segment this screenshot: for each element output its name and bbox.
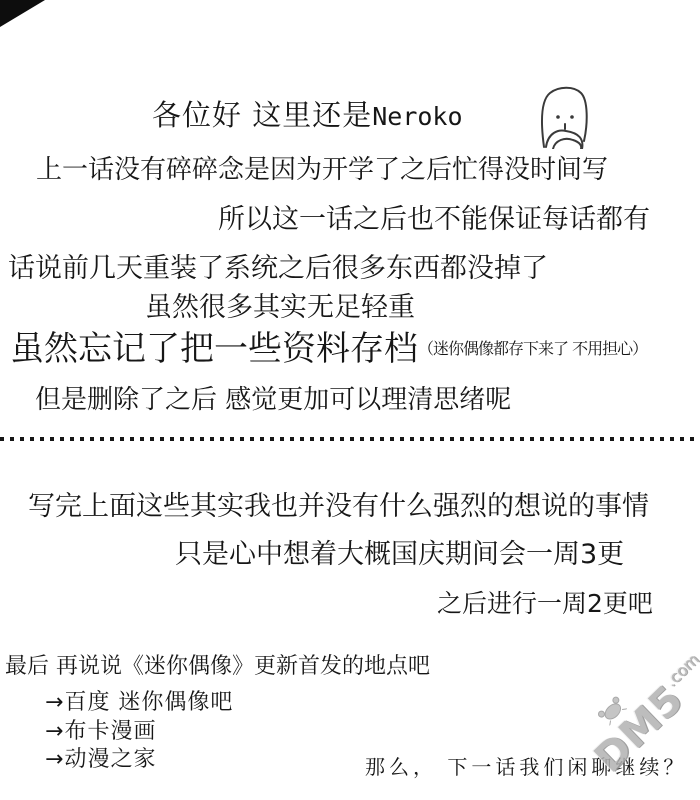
- release-site-baidu: →百度 迷你偶像吧: [45, 692, 233, 714]
- note-line: 所以这一话之后也不能保证每话都有: [218, 206, 650, 233]
- omake-page: 各位好 这里还是Neroko 上一话没有碎碎念是因为开学了之后忙得没时间写 所以…: [0, 0, 700, 800]
- release-heading: 最后 再说说《迷你偶像》更新首发的地点吧: [5, 656, 430, 678]
- site-name: 百度 迷你偶像吧: [64, 690, 233, 715]
- note-line: 写完上面这些其实我也并没有什么强烈的想说的事情: [28, 493, 649, 520]
- note-aside-text: （迷你偶像都存下来了 不用担心）: [418, 339, 647, 358]
- note-line: 上一话没有碎碎念是因为开学了之后忙得没时间写: [36, 157, 608, 183]
- note-line: 只是心中想着大概国庆期间会一周3更: [175, 541, 624, 568]
- greeting-line: 各位好 这里还是Neroko: [152, 101, 463, 130]
- release-site-buka: →布卡漫画: [45, 721, 156, 743]
- arrow-icon: →: [45, 719, 64, 744]
- arrow-icon: →: [45, 690, 64, 715]
- note-line: 虽然很多其实无足轻重: [145, 294, 415, 321]
- greeting-text: 各位好 这里还是: [152, 98, 372, 132]
- release-site-dmzj: →动漫之家: [45, 749, 156, 771]
- note-line: 但是删除了之后 感觉更加可以理清思绪呢: [35, 387, 511, 413]
- site-name: 布卡漫画: [64, 719, 156, 744]
- corner-triangle: [0, 0, 45, 27]
- site-name: 动漫之家: [64, 747, 156, 772]
- author-name: Neroko: [372, 102, 462, 131]
- note-line: 之后进行一周2更吧: [437, 591, 653, 616]
- shy-face-doodle: [538, 85, 590, 149]
- dotted-divider: [0, 437, 700, 441]
- note-line: 虽然忘记了把一些资料存档（迷你偶像都存下来了 不用担心）: [10, 332, 647, 366]
- arrow-icon: →: [45, 747, 64, 772]
- note-line: 话说前几天重装了系统之后很多东西都没掉了: [8, 255, 548, 282]
- note-main-text: 虽然忘记了把一些资料存档: [10, 329, 418, 369]
